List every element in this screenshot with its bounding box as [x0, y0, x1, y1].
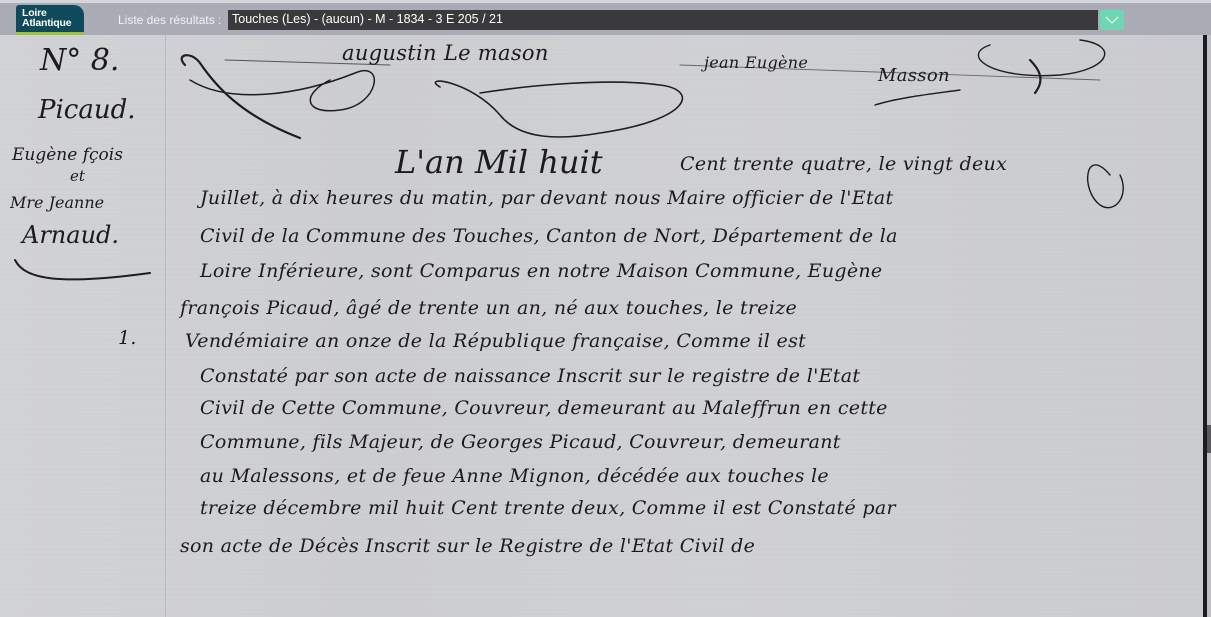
- results-select-value: Touches (Les) - (aucun) - M - 1834 - 3 E…: [232, 12, 503, 26]
- act-line-2: Juillet, à dix heures du matin, par deva…: [200, 187, 893, 209]
- act-line-3: Civil de la Commune des Touches, Canton …: [200, 225, 898, 247]
- margin-note-marker: 1.: [118, 327, 137, 349]
- results-list-label: Liste des résultats :: [118, 13, 221, 27]
- act-opening: L'an Mil huit: [395, 143, 603, 181]
- act-line-9: Commune, fils Majeur, de Georges Picaud,…: [200, 431, 841, 453]
- act-line-11: treize décembre mil huit Cent trente deu…: [200, 497, 896, 519]
- margin-bride-firstname: Mre Jeanne: [10, 193, 104, 212]
- chevron-down-icon: [1105, 16, 1119, 25]
- signature-augustin-le-mason: augustin Le mason: [342, 41, 549, 65]
- calligraphic-flourish-icon: [0, 35, 1204, 617]
- act-line-12: son acte de Décès Inscrit sur le Registr…: [180, 535, 755, 557]
- signature-masson: Masson: [878, 65, 950, 86]
- margin-rule: [165, 35, 166, 617]
- act-line-1: Cent trente quatre, le vingt deux: [680, 153, 1007, 175]
- act-line-5: françois Picaud, âgé de trente un an, né…: [180, 297, 797, 319]
- scanned-register-page: augustin Le mason jean Eugène Masson N° …: [0, 35, 1204, 617]
- margin-groom-firstname: Eugène fçois: [12, 145, 123, 165]
- viewer-scrollbar-track[interactable]: [1207, 35, 1211, 617]
- margin-bride-surname: Arnaud.: [22, 221, 119, 249]
- act-line-10: au Malessons, et de feue Anne Mignon, dé…: [200, 465, 829, 487]
- document-image-viewer[interactable]: augustin Le mason jean Eugène Masson N° …: [0, 35, 1211, 617]
- margin-conjunction: et: [70, 167, 85, 185]
- act-line-7: Constaté par son acte de naissance Inscr…: [200, 365, 860, 387]
- results-list-select[interactable]: Touches (Les) - (aucun) - M - 1834 - 3 E…: [228, 10, 1098, 30]
- signature-jean-eugene: jean Eugène: [704, 53, 808, 72]
- margin-act-number: N° 8.: [40, 43, 119, 78]
- loire-atlantique-logo[interactable]: Loire Atlantique: [16, 5, 84, 37]
- top-toolbar: Loire Atlantique Liste des résultats : T…: [0, 0, 1211, 38]
- act-line-6: Vendémiaire an onze de la République fra…: [185, 330, 806, 352]
- margin-groom-surname: Picaud.: [38, 95, 136, 125]
- viewer-scrollbar-thumb[interactable]: [1207, 425, 1211, 453]
- results-dropdown-toggle-button[interactable]: [1100, 10, 1124, 30]
- logo-text-line2: Atlantique: [22, 18, 71, 29]
- act-line-4: Loire Inférieure, sont Comparus en notre…: [200, 260, 882, 282]
- act-line-8: Civil de Cette Commune, Couvreur, demeur…: [200, 397, 888, 419]
